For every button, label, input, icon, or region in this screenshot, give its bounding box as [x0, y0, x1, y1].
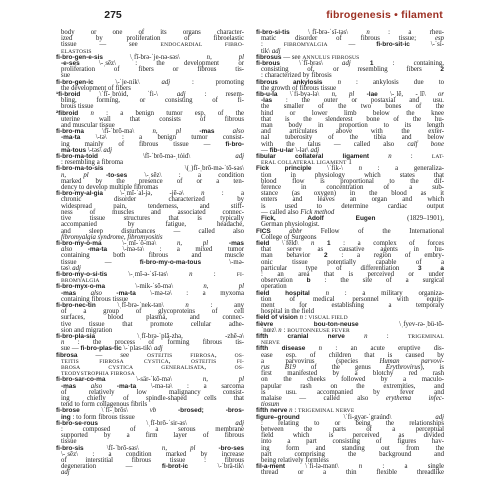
left-column: body or one of its organs character-ized… [56, 30, 244, 477]
right-column: fi-bro-si-tis \ˌfī-brə-ˈsī-təs\ n : a rh… [256, 30, 444, 477]
entry-line: : FIBROMYALGIA — fi-bro-sit-ic \-ˈsi- [256, 42, 444, 48]
entry-line: degeneration — fi-brot-ic \-ˈbrä-tik\ [56, 464, 244, 470]
header-page-number: 275 [92, 9, 134, 21]
entry-line: thread or a thin flexible threadlike [256, 470, 444, 476]
text-block: body or one of its organs character-ized… [56, 30, 444, 477]
entry-line: tissue — fi-bro-my-o-ma-tous \-mə- [56, 260, 244, 266]
entry-line: supported by a firm layer of fibrous [56, 433, 244, 439]
entry-line: adj [56, 470, 244, 476]
entry-line: fifth cranial nerve n : TRIGEMINAL [256, 334, 444, 340]
header-guide-words: fibrogenesis • filament [326, 9, 443, 21]
entry-line: malaise — called also erythema infec- [256, 396, 444, 402]
entry-line: proliferation of fibers or fibrous tis- [56, 67, 244, 73]
